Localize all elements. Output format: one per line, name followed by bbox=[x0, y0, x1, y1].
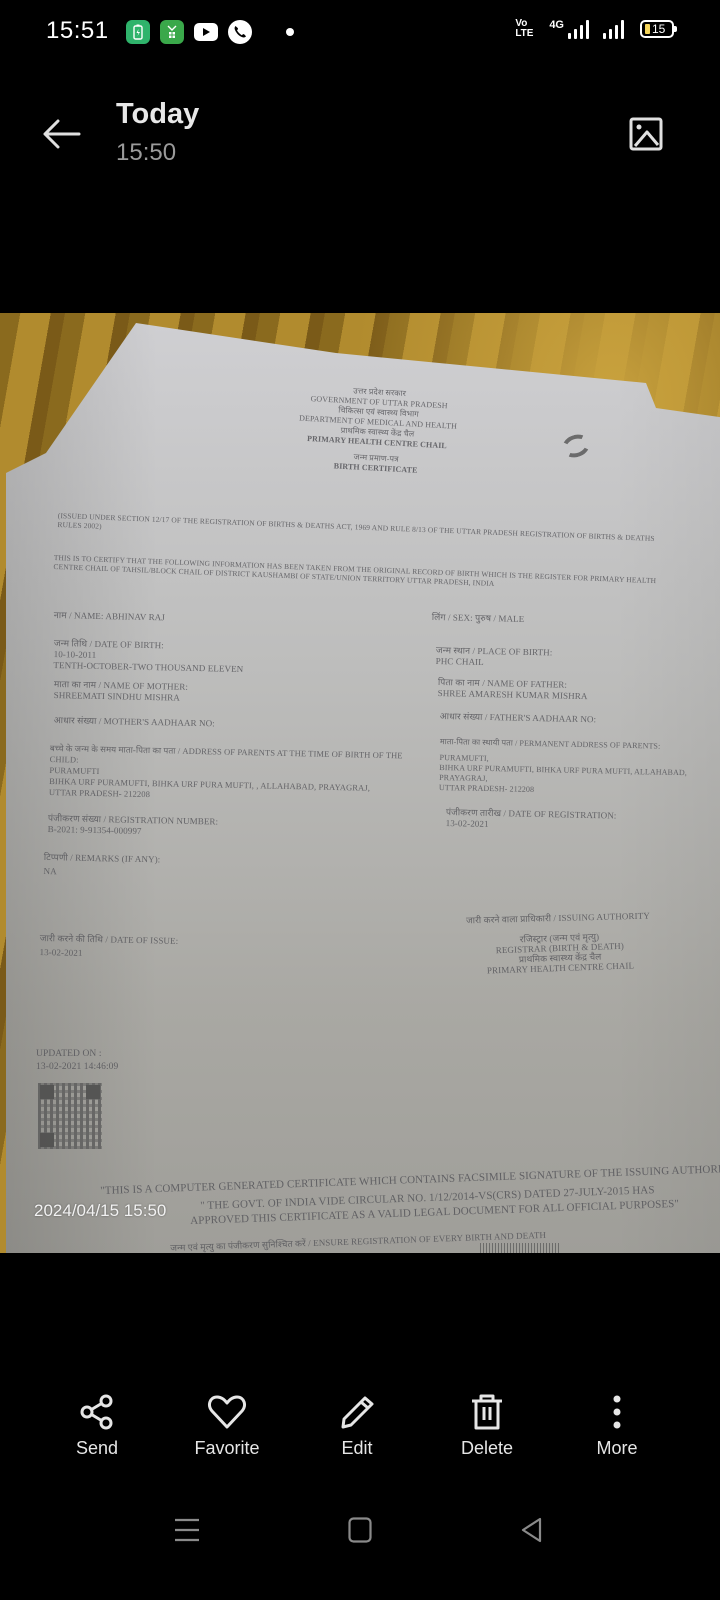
more-vertical-icon bbox=[597, 1392, 637, 1432]
home-icon bbox=[348, 1517, 372, 1543]
authority-block: रजिस्ट्रार (जन्म एवं मृत्यु) REGISTRAR (… bbox=[469, 930, 650, 976]
trash-icon bbox=[467, 1392, 507, 1432]
battery-icon: 15 bbox=[640, 20, 674, 38]
battery-saver-icon bbox=[126, 20, 150, 44]
send-button[interactable]: Send bbox=[32, 1392, 162, 1472]
title-block: Today 15:50 bbox=[116, 98, 199, 167]
back-triangle-icon bbox=[520, 1517, 544, 1543]
notification-icons bbox=[126, 20, 294, 44]
issue-date-field: जारी करने की तिथि / DATE OF ISSUE: 13-02… bbox=[39, 931, 178, 962]
mother-value: SHREEMATI SINDHU MISHRA bbox=[54, 690, 188, 704]
dob-field: जन्म तिथि / DATE OF BIRTH: 10-10-2011 TE… bbox=[53, 638, 244, 675]
sex-label: लिंग / SEX: bbox=[432, 612, 473, 623]
status-bar: 15:51 Vo LTE 4G 15 bbox=[0, 0, 720, 64]
remarks-value: NA bbox=[43, 864, 160, 880]
more-button[interactable]: More bbox=[552, 1392, 682, 1472]
share-icon bbox=[77, 1392, 117, 1432]
photo-viewer-header: Today 15:50 bbox=[0, 84, 720, 184]
home-button[interactable] bbox=[340, 1512, 380, 1548]
barcode bbox=[480, 1243, 560, 1253]
qr-code bbox=[38, 1083, 102, 1149]
arrow-left-icon bbox=[43, 119, 81, 149]
signal-strength-icon-1 bbox=[568, 19, 589, 39]
photo-timestamp-overlay: 2024/04/15 15:50 bbox=[34, 1201, 166, 1221]
certify-text: THIS IS TO CERTIFY THAT THE FOLLOWING IN… bbox=[53, 553, 673, 595]
page-subtitle: 15:50 bbox=[116, 139, 199, 167]
updated-value: 13-02-2021 14:46:09 bbox=[36, 1061, 118, 1074]
recents-icon bbox=[174, 1517, 200, 1543]
system-navigation-bar bbox=[0, 1500, 720, 1560]
birth-certificate-document: उत्तर प्रदेश सरकार GOVERNMENT OF UTTAR P… bbox=[0, 313, 720, 1253]
youtube-icon bbox=[194, 23, 218, 41]
address-perm-field: माता-पिता का स्थायी पता / PERMANENT ADDR… bbox=[439, 737, 688, 798]
updated-field: UPDATED ON : 13-02-2021 14:46:09 bbox=[36, 1048, 118, 1074]
photo-actions-bar: Send Favorite Edit Delete More bbox=[0, 1392, 720, 1472]
remarks-field: टिप्पणी / REMARKS (IF ANY): NA bbox=[43, 850, 160, 880]
reg-date-field: पंजीकरण तारीख / DATE OF REGISTRATION: 13… bbox=[446, 807, 617, 833]
edit-button[interactable]: Edit bbox=[292, 1392, 422, 1472]
recents-button[interactable] bbox=[167, 1512, 207, 1548]
favorite-button[interactable]: Favorite bbox=[162, 1392, 292, 1472]
app-store-icon bbox=[160, 20, 184, 44]
status-time: 15:51 bbox=[46, 17, 109, 45]
back-button[interactable] bbox=[40, 112, 84, 156]
emblem-icon bbox=[559, 431, 593, 461]
address-birth-field: बच्चे के जन्म के समय माता-पिता का पता / … bbox=[49, 743, 420, 806]
battery-fill bbox=[645, 24, 650, 34]
heart-icon bbox=[207, 1392, 247, 1432]
issued-under-text: (ISSUED UNDER SECTION 12/17 OF THE REGIS… bbox=[57, 511, 657, 552]
image-details-icon bbox=[629, 117, 663, 151]
favorite-label: Favorite bbox=[194, 1438, 259, 1459]
network-type: 4G bbox=[549, 19, 564, 31]
father-field: पिता का नाम / NAME OF FATHER: SHREE AMAR… bbox=[438, 677, 588, 702]
phone-call-icon bbox=[228, 20, 252, 44]
system-back-button[interactable] bbox=[512, 1512, 552, 1548]
updated-label: UPDATED ON : bbox=[36, 1048, 118, 1061]
remarks-label: टिप्पणी / REMARKS (IF ANY): bbox=[44, 850, 161, 866]
volte-label-bottom: LTE bbox=[515, 29, 541, 39]
delete-label: Delete bbox=[461, 1438, 513, 1459]
more-notifications-dot bbox=[286, 28, 294, 36]
authority-label: जारी करने वाला प्राधिकारी / ISSUING AUTH… bbox=[466, 909, 650, 927]
father-aadhaar-label: आधार संख्या / FATHER'S AADHAAR NO: bbox=[440, 709, 597, 725]
signal-strength-icon-2 bbox=[603, 19, 624, 39]
pob-field: जन्म स्थान / PLACE OF BIRTH: PHC CHAIL bbox=[436, 645, 553, 669]
reg-no-field: पंजीकरण संख्या / REGISTRATION NUMBER: B-… bbox=[48, 813, 219, 839]
issue-date-value: 13-02-2021 bbox=[39, 945, 178, 962]
volte-indicator: Vo LTE bbox=[515, 19, 541, 39]
sex-value: पुरुष / MALE bbox=[475, 613, 524, 624]
system-status-icons: Vo LTE 4G 15 bbox=[515, 19, 674, 39]
battery-level: 15 bbox=[652, 22, 665, 36]
name-value: ABHINAV RAJ bbox=[105, 611, 165, 622]
page-title: Today bbox=[116, 98, 199, 131]
name-field: नाम / NAME: ABHINAV RAJ bbox=[54, 608, 165, 623]
mother-aadhaar-label: आधार संख्या / MOTHER'S AADHAAR NO: bbox=[54, 713, 215, 729]
delete-button[interactable]: Delete bbox=[422, 1392, 552, 1472]
pencil-icon bbox=[337, 1392, 377, 1432]
image-details-button[interactable] bbox=[624, 112, 668, 156]
doc-header: उत्तर प्रदेश सरकार GOVERNMENT OF UTTAR P… bbox=[285, 383, 469, 478]
mother-field: माता का नाम / NAME OF MOTHER: SHREEMATI … bbox=[54, 679, 189, 704]
more-label: More bbox=[596, 1438, 637, 1459]
sex-field: लिंग / SEX: पुरुष / MALE bbox=[432, 610, 525, 625]
photo-view[interactable]: उत्तर प्रदेश सरकार GOVERNMENT OF UTTAR P… bbox=[0, 313, 720, 1253]
send-label: Send bbox=[76, 1438, 118, 1459]
edit-label: Edit bbox=[341, 1438, 372, 1459]
name-label: नाम / NAME: bbox=[54, 610, 104, 621]
father-value: SHREE AMARESH KUMAR MISHRA bbox=[438, 688, 588, 702]
